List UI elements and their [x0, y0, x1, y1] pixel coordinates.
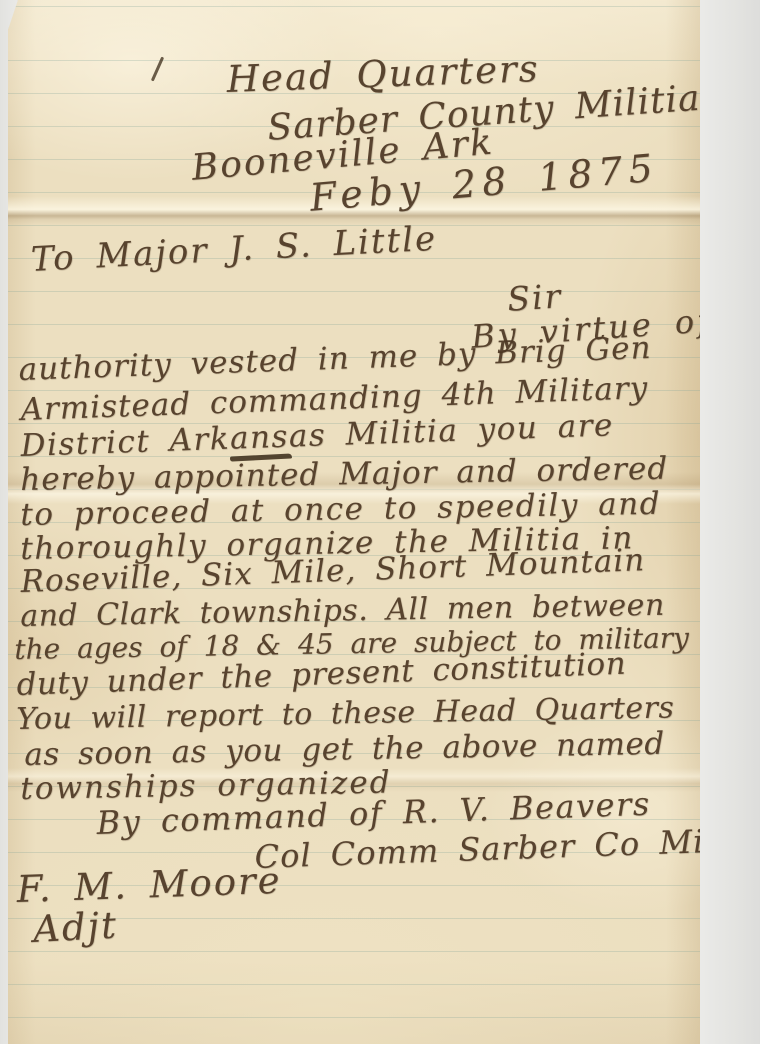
- letter-line-signature-22: F. M. Moore: [16, 859, 282, 911]
- scanner-background: Head QuartersSarber County MilitiaBoonev…: [0, 0, 760, 1044]
- letter-line-recipient-4: To Major J. S. Little: [30, 219, 438, 280]
- stray-ink-mark: [151, 57, 164, 82]
- paper: Head QuartersSarber County MilitiaBoonev…: [8, 0, 700, 1044]
- letter-line-signature-23: Adjt: [32, 904, 119, 951]
